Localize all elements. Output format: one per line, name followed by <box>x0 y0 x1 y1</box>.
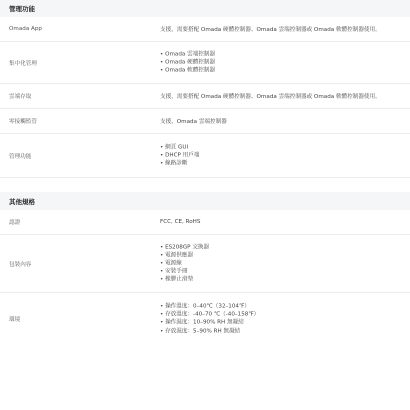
spec-row-cloud-access: 雲端存取 支援，需要搭配 Omada 硬體控制器、Omada 雲端控制器或 Om… <box>0 84 410 109</box>
spec-value-list: 操作溫度：0–40℃（32–104℉） 存放溫度：-40–70 ℃（-40–15… <box>160 303 259 336</box>
spec-row-management-features: 管理功能 網頁 GUI DHCP 用戶端 線路診斷 <box>0 134 410 178</box>
spec-label: 環境 <box>9 315 20 323</box>
list-item: DHCP 用戶端 <box>160 151 199 159</box>
spec-label: 雲端存取 <box>9 92 31 100</box>
spec-row-package-contents: 包裝內容 ES208GP 交換器 電源供應器 電源線 安裝手冊 橡膠止滑墊 <box>0 235 410 293</box>
spec-label: 認證 <box>9 218 20 226</box>
section-title: 其他規格 <box>9 197 35 206</box>
list-item: 線路診斷 <box>160 160 199 168</box>
spec-row-certification: 認證 FCC, CE, RoHS <box>0 210 410 235</box>
spec-label: Omada App <box>9 26 42 32</box>
spec-value: FCC, CE, RoHS <box>160 219 200 225</box>
spec-label: 包裝內容 <box>9 260 31 268</box>
spec-value-list: Omada 雲端控制器 Omada 硬體控制器 Omada 軟體控制器 <box>160 50 215 75</box>
spec-label: 集中化管理 <box>9 59 37 67</box>
section-header-management: 管理功能 <box>0 0 410 17</box>
spec-label: 管理功能 <box>9 152 31 160</box>
spec-value: 支援，需要搭配 Omada 硬體控制器、Omada 雲端控制器或 Omada 軟… <box>160 25 381 33</box>
list-item: 操作濕度：10–90% RH 無凝結 <box>160 319 259 327</box>
list-item: 電源線 <box>160 259 209 267</box>
list-item: 存放溫度：-40–70 ℃（-40–158℉） <box>160 311 259 319</box>
list-item: 安裝手冊 <box>160 268 209 276</box>
spec-value-list: 網頁 GUI DHCP 用戶端 線路診斷 <box>160 143 199 168</box>
list-item: 操作溫度：0–40℃（32–104℉） <box>160 303 259 311</box>
list-item: ES208GP 交換器 <box>160 243 209 251</box>
spec-value-list: ES208GP 交換器 電源供應器 電源線 安裝手冊 橡膠止滑墊 <box>160 243 209 284</box>
list-item: 橡膠止滑墊 <box>160 276 209 284</box>
list-item: 存放濕度：5–90% RH 無凝結 <box>160 327 259 335</box>
list-item: 網頁 GUI <box>160 143 199 151</box>
spec-row-centralized-management: 集中化管理 Omada 雲端控制器 Omada 硬體控制器 Omada 軟體控制… <box>0 42 410 84</box>
spec-row-zero-touch: 零接觸監管 支援，Omada 雲端控制器 <box>0 109 410 134</box>
spec-value: 支援，需要搭配 Omada 硬體控制器、Omada 雲端控制器或 Omada 軟… <box>160 92 381 100</box>
section-header-other-specs: 其他規格 <box>0 192 410 210</box>
list-item: Omada 軟體控制器 <box>160 67 215 75</box>
spec-row-omada-app: Omada App 支援，需要搭配 Omada 硬體控制器、Omada 雲端控制… <box>0 17 410 42</box>
section-title: 管理功能 <box>9 4 35 13</box>
list-item: Omada 硬體控制器 <box>160 58 215 66</box>
spec-row-environment: 環境 操作溫度：0–40℃（32–104℉） 存放溫度：-40–70 ℃（-40… <box>0 293 410 345</box>
list-item: 電源供應器 <box>160 251 209 259</box>
list-item: Omada 雲端控制器 <box>160 50 215 58</box>
spec-label: 零接觸監管 <box>9 117 37 125</box>
spec-value: 支援，Omada 雲端控制器 <box>160 117 227 125</box>
